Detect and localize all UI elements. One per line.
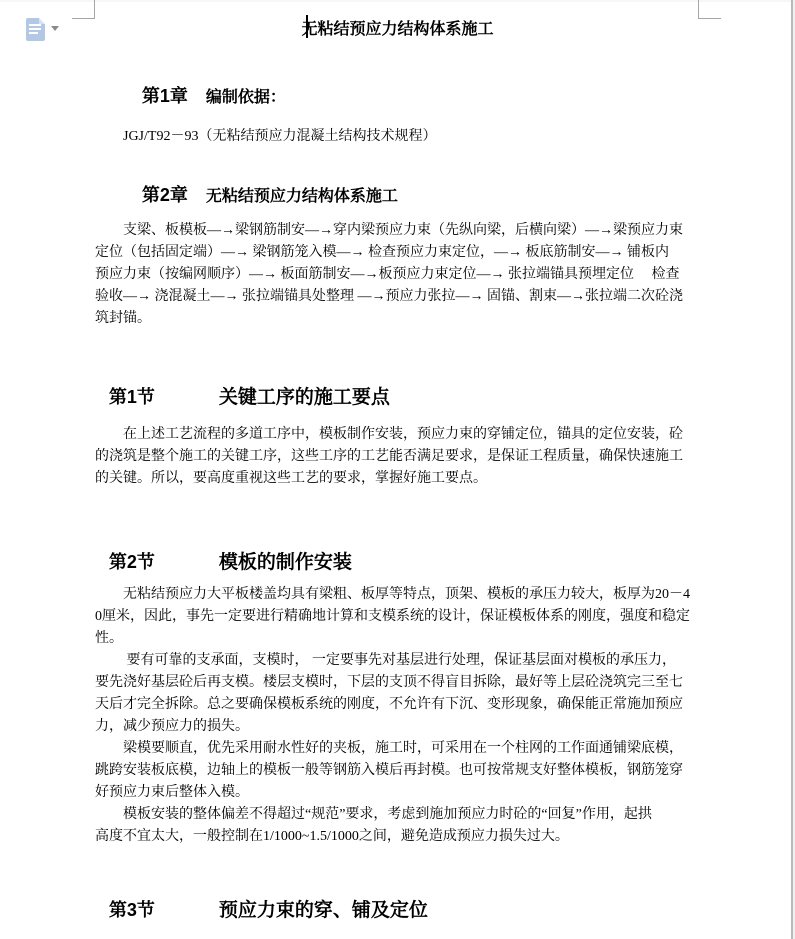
section-2-heading: 第2节模板的制作安装 <box>100 529 352 574</box>
text-line: 无粘结预应力大平板楼盖均具有梁粗、板厚等特点，顶架、模板的承压力较大，板厚为20… <box>95 584 715 606</box>
text-line: 的浇筑是整个施工的关键工序，这些工序的工艺能否满足要求，是保证工程质量，确保快速… <box>95 446 715 468</box>
page-right-border <box>791 0 793 939</box>
text-line: 筑封锚。 <box>95 308 715 330</box>
chapter-number: 第2章 <box>142 185 188 205</box>
text-line: 在上述工艺流程的多道工序中，模板制作安装，预应力束的穿铺定位，锚具的定位安装，砼 <box>95 424 715 446</box>
chapter-1-heading: 第1章编制依据： <box>133 64 286 108</box>
text-line: JGJ/T92－93（无粘结预应力混凝土结构技术规程） <box>95 126 715 148</box>
text-line: 跳跨安装板底模，边轴上的模板一般等钢筋入模后再封模。也可按常规支好整体模板，钢筋… <box>95 760 715 782</box>
text-line: 验收—→ 浇混凝土—→ 张拉端锚具处整理 —→预应力张拉—→ 固锚、割束—→张拉… <box>95 286 715 308</box>
section-title: 模板的制作安装 <box>219 552 352 573</box>
text-line: 支梁、板模板—→梁钢筋制安—→穿内梁预应力束（先纵向梁，后横向梁）—→梁预应力束 <box>95 220 715 242</box>
section-3-heading: 第3节预应力束的穿、铺及定位 <box>100 877 428 922</box>
document-page: { "ui": { "doc_icon": "document-icon", "… <box>0 0 795 939</box>
section-2-paragraph-2: 要有可靠的支承面，支模时， 一定要事先对基层进行处理，保证基层面对模板的承压力，… <box>95 650 715 738</box>
text-line: 好预应力束后整体入模。 <box>95 782 715 804</box>
section-number: 第2节 <box>109 552 155 572</box>
text-line: 0厘米，因此，事先一定要进行精确地计算和支模系统的设计，保证模板体系的刚度，强度… <box>95 606 715 628</box>
text-line: 预应力束（按编网顺序）—→ 板面筋制安—→板预应力束定位—→ 张拉端锚具预埋定位… <box>95 264 715 286</box>
text-line: 的关键。所以，要高度重视这些工艺的要求，掌握好施工要点。 <box>95 468 715 490</box>
reference-paragraph: JGJ/T92－93（无粘结预应力混凝土结构技术规程） <box>95 126 715 148</box>
chapter-number: 第1章 <box>142 86 188 106</box>
window-top-edge <box>0 0 795 2</box>
chapter-title: 无粘结预应力结构体系施工 <box>206 188 398 205</box>
text-line: 天后才完全拆除。总之要确保模板系统的刚度，不允许有下沉、变形现象，确保能正常施加… <box>95 694 715 716</box>
text-line: 模板安装的整体偏差不得超过“规范”要求，考虑到施加预应力时砼的“回复”作用，起拱 <box>95 804 715 826</box>
text-line: 高度不宜太大，一般控制在1/1000~1.5/1000之间，避免造成预应力损失过… <box>95 826 715 848</box>
section-number: 第1节 <box>109 387 155 407</box>
section-2-paragraph-1: 无粘结预应力大平板楼盖均具有梁粗、板厚等特点，顶架、模板的承压力较大，板厚为20… <box>95 584 715 650</box>
text-line: 梁模要顺直，优先采用耐水性好的夹板，施工时，可采用在一个柱网的工作面通铺梁底模， <box>95 738 715 760</box>
text-line: 性。 <box>95 628 715 650</box>
section-1-paragraph: 在上述工艺流程的多道工序中，模板制作安装，预应力束的穿铺定位，锚具的定位安装，砼… <box>95 424 715 490</box>
doc-title: 无粘结预应力结构体系施工 <box>0 16 795 39</box>
text-line: 要先浇好基层砼后再支模。楼层支模时，下层的支顶不得盲目拆除，最好等上层砼浇筑完三… <box>95 672 715 694</box>
section-2-paragraph-4: 模板安装的整体偏差不得超过“规范”要求，考虑到施加预应力时砼的“回复”作用，起拱… <box>95 804 715 848</box>
chapter-title: 编制依据： <box>206 89 286 106</box>
section-title: 预应力束的穿、铺及定位 <box>219 900 428 921</box>
text-line: 要有可靠的支承面，支模时， 一定要事先对基层进行处理，保证基层面对模板的承压力， <box>95 650 715 672</box>
section-title: 关键工序的施工要点 <box>219 387 390 408</box>
section-2-paragraph-3: 梁模要顺直，优先采用耐水性好的夹板，施工时，可采用在一个柱网的工作面通铺梁底模，… <box>95 738 715 804</box>
chapter-2-heading: 第2章无粘结预应力结构体系施工 <box>133 163 398 207</box>
process-flow-paragraph: 支梁、板模板—→梁钢筋制安—→穿内梁预应力束（先纵向梁，后横向梁）—→梁预应力束… <box>95 220 715 330</box>
text-line: 定位（包括固定端）—→ 梁钢筋笼入模—→ 检查预应力束定位，—→ 板底筋制安—→… <box>95 242 715 264</box>
section-1-heading: 第1节关键工序的施工要点 <box>100 364 390 409</box>
section-number: 第3节 <box>109 900 155 920</box>
text-line: 力，减少预应力的损失。 <box>95 716 715 738</box>
